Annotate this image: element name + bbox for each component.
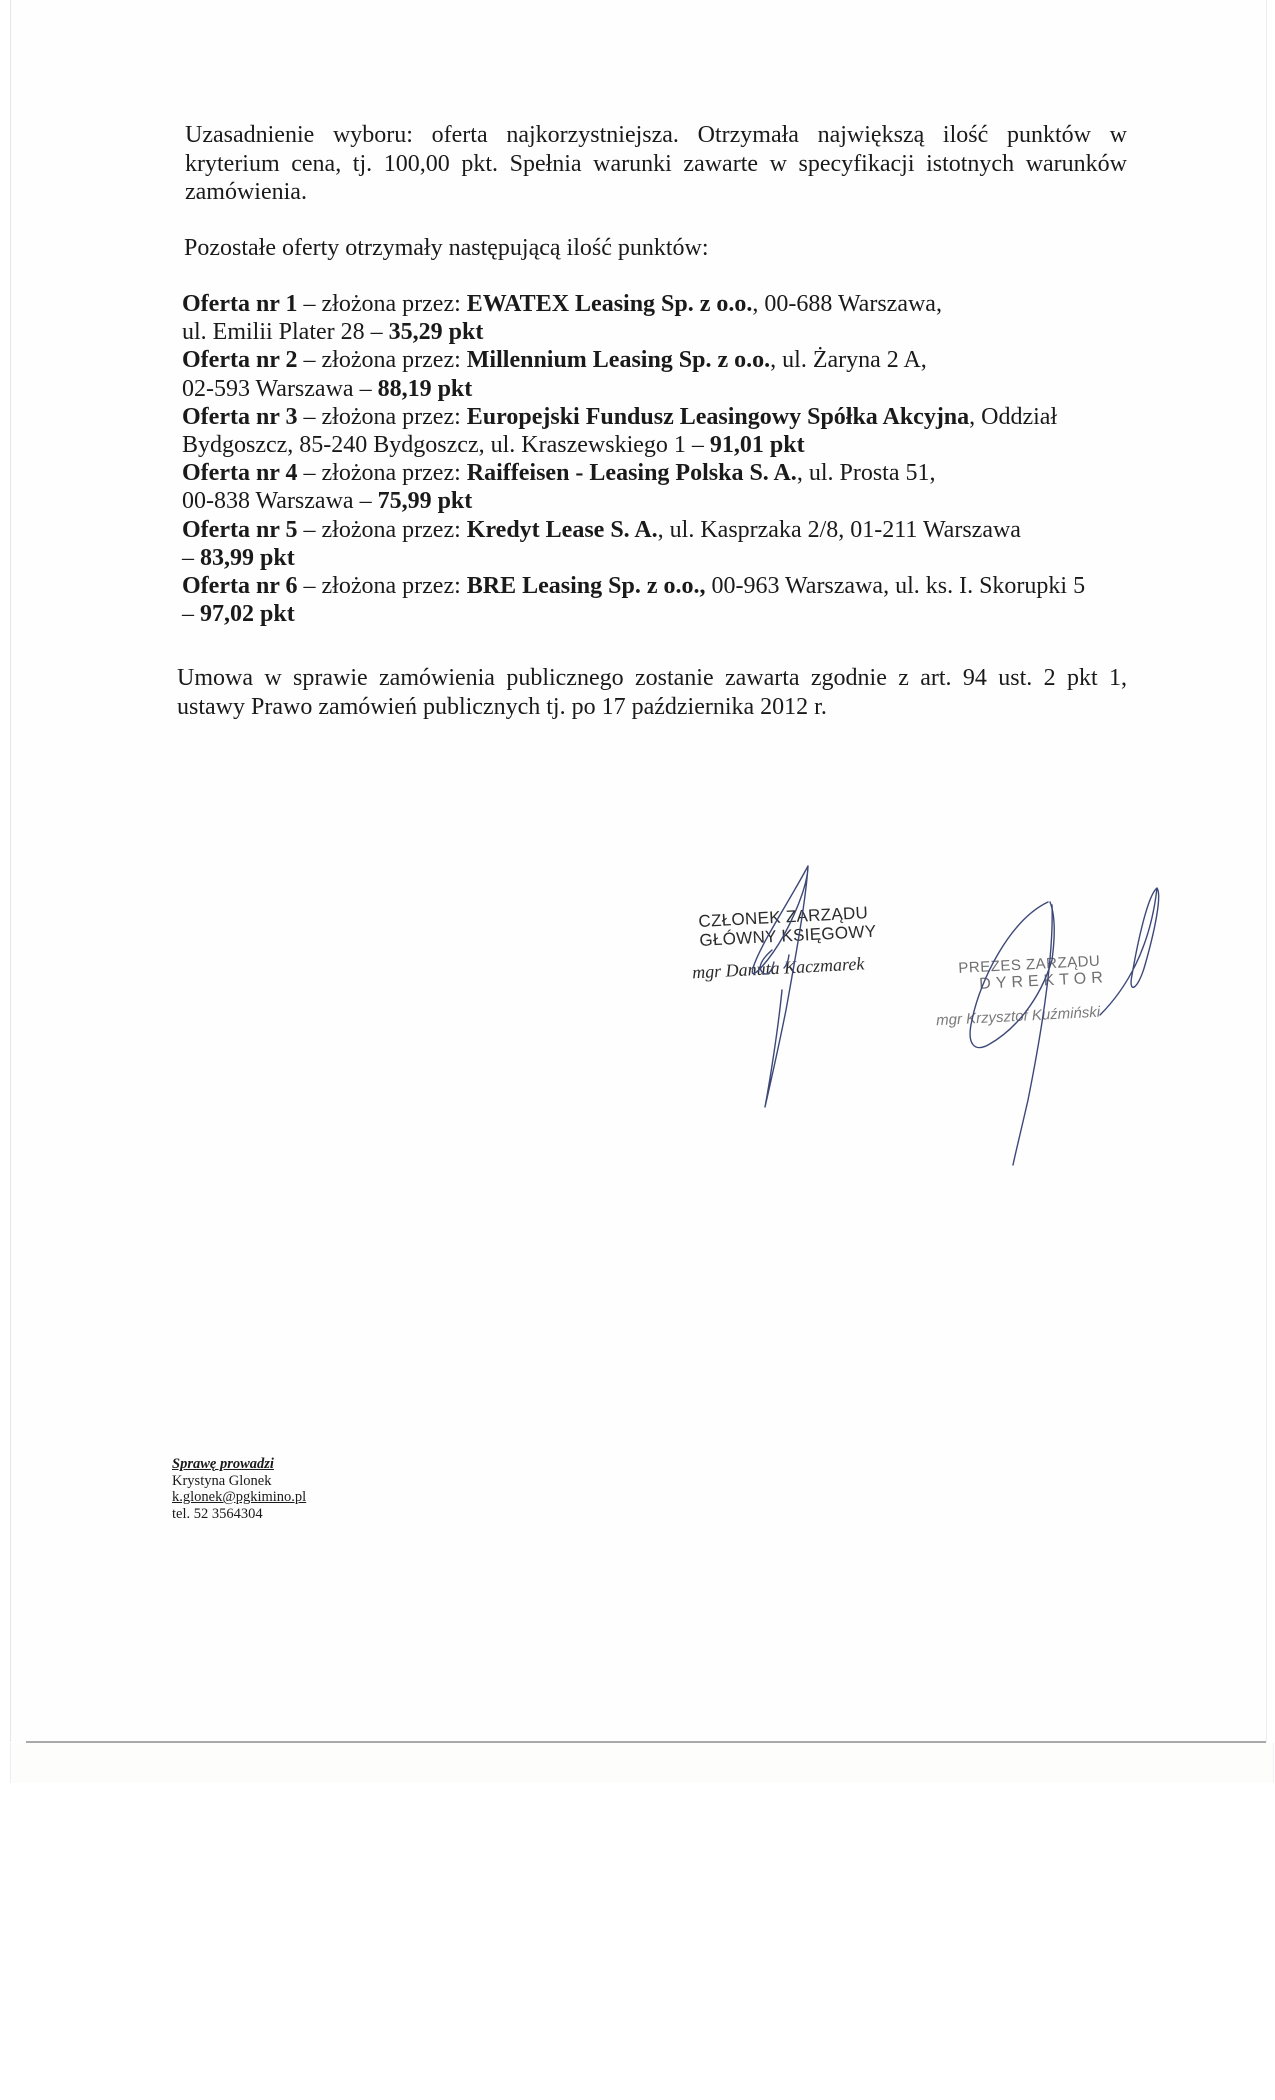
offer-line-header: Oferta nr 6 – złożona przez: BRE Leasing… xyxy=(182,572,1085,600)
contract-note: Umowa w sprawie zamówienia publicznego z… xyxy=(177,664,1127,721)
stamp-director: PREZES ZARZĄDU DYREKTOR mgr Krzysztof Ku… xyxy=(958,952,1110,1028)
contract-note-line: Umowa w sprawie zamówienia publicznego z… xyxy=(177,664,1127,693)
justification-line: kryterium cena, tj. 100,00 pkt. Spełnia … xyxy=(185,150,1127,179)
offer-label: Oferta nr 6 xyxy=(182,573,298,599)
offer-points: 83,99 pkt xyxy=(200,545,295,571)
offer-submitted-by: – złożona przez: xyxy=(298,347,467,373)
offer-address: – xyxy=(182,545,200,571)
offer-label: Oferta nr 4 xyxy=(182,460,298,486)
offer-submitted-by: – złożona przez: xyxy=(298,460,467,486)
offer-address: 02-593 Warszawa – xyxy=(182,376,378,402)
offer-points: 88,19 pkt xyxy=(378,376,473,402)
offer-company: BRE Leasing Sp. z o.o., xyxy=(467,573,706,599)
offer-company: Europejski Fundusz Leasingowy Spółka Akc… xyxy=(467,404,969,430)
offer-address: , ul. Żaryna 2 A, xyxy=(770,347,927,373)
offer-points: 35,29 pkt xyxy=(389,319,484,345)
offer-line-detail: – 83,99 pkt xyxy=(182,544,1085,572)
offer-label: Oferta nr 2 xyxy=(182,347,298,373)
offer-line-header: Oferta nr 5 – złożona przez: Kredyt Leas… xyxy=(182,516,1085,544)
offer-company: Kredyt Lease S. A. xyxy=(467,517,658,543)
offer-address: , Oddział xyxy=(969,404,1057,430)
offer-address: , ul. Kasprzaka 2/8, 01-211 Warszawa xyxy=(658,517,1021,543)
other-offers-intro: Pozostałe oferty otrzymały następującą i… xyxy=(184,234,709,263)
contact-phone: tel. 52 3564304 xyxy=(172,1506,306,1523)
offer-address: ul. Emilii Plater 28 – xyxy=(182,319,389,345)
justification-paragraph: Uzasadnienie wyboru: oferta najkorzystni… xyxy=(185,121,1127,207)
contract-note-line: ustawy Prawo zamówień publicznych tj. po… xyxy=(177,693,1127,722)
offer-points: 91,01 pkt xyxy=(710,432,805,458)
offer-address: , ul. Prosta 51, xyxy=(797,460,936,486)
offer-line-header: Oferta nr 3 – złożona przez: Europejski … xyxy=(182,403,1085,431)
offer-line-detail: 00-838 Warszawa – 75,99 pkt xyxy=(182,487,1085,515)
offer-line-detail: ul. Emilii Plater 28 – 35,29 pkt xyxy=(182,318,1085,346)
offer-line-header: Oferta nr 1 – złożona przez: EWATEX Leas… xyxy=(182,290,1085,318)
offer-address: – xyxy=(182,601,200,627)
offer-submitted-by: – złożona przez: xyxy=(298,573,467,599)
offer-line-header: Oferta nr 4 – złożona przez: Raiffeisen … xyxy=(182,459,1085,487)
offer-line-detail: Bydgoszcz, 85-240 Bydgoszcz, ul. Kraszew… xyxy=(182,431,1085,459)
offer-address: 00-963 Warszawa, ul. ks. I. Skorupki 5 xyxy=(706,573,1086,599)
justification-line: Uzasadnienie wyboru: oferta najkorzystni… xyxy=(185,121,1127,150)
offer-label: Oferta nr 5 xyxy=(182,517,298,543)
offer-line-detail: – 97,02 pkt xyxy=(182,600,1085,628)
scan-margin xyxy=(10,1743,1274,1783)
offer-label: Oferta nr 3 xyxy=(182,404,298,430)
justification-line: zamówienia. xyxy=(185,178,1127,207)
offer-label: Oferta nr 1 xyxy=(182,291,298,317)
offer-submitted-by: – złożona przez: xyxy=(298,404,467,430)
offers-list: Oferta nr 1 – złożona przez: EWATEX Leas… xyxy=(182,290,1085,628)
offer-points: 75,99 pkt xyxy=(378,488,473,514)
offer-line-header: Oferta nr 2 – złożona przez: Millennium … xyxy=(182,346,1085,374)
offer-company: Millennium Leasing Sp. z o.o. xyxy=(467,347,770,373)
offer-points: 97,02 pkt xyxy=(200,601,295,627)
offer-submitted-by: – złożona przez: xyxy=(298,517,467,543)
contact-heading: Sprawę prowadzi xyxy=(172,1456,306,1473)
contact-name: Krystyna Glonek xyxy=(172,1473,306,1490)
offer-submitted-by: – złożona przez: xyxy=(298,291,467,317)
offer-address: , 00-688 Warszawa, xyxy=(752,291,942,317)
contact-email-link[interactable]: k.glonek@pgkimino.pl xyxy=(172,1489,306,1505)
contact-block: Sprawę prowadzi Krystyna Glonek k.glonek… xyxy=(172,1456,306,1522)
offer-company: Raiffeisen - Leasing Polska S. A. xyxy=(467,460,797,486)
offer-address: Bydgoszcz, 85-240 Bydgoszcz, ul. Kraszew… xyxy=(182,432,710,458)
offer-address: 00-838 Warszawa – xyxy=(182,488,378,514)
stamp-chief-accountant: CZŁONEK ZARZĄDU GŁÓWNY KSIĘGOWY mgr Danu… xyxy=(698,903,879,983)
offer-company: EWATEX Leasing Sp. z o.o. xyxy=(467,291,753,317)
offer-line-detail: 02-593 Warszawa – 88,19 pkt xyxy=(182,375,1085,403)
